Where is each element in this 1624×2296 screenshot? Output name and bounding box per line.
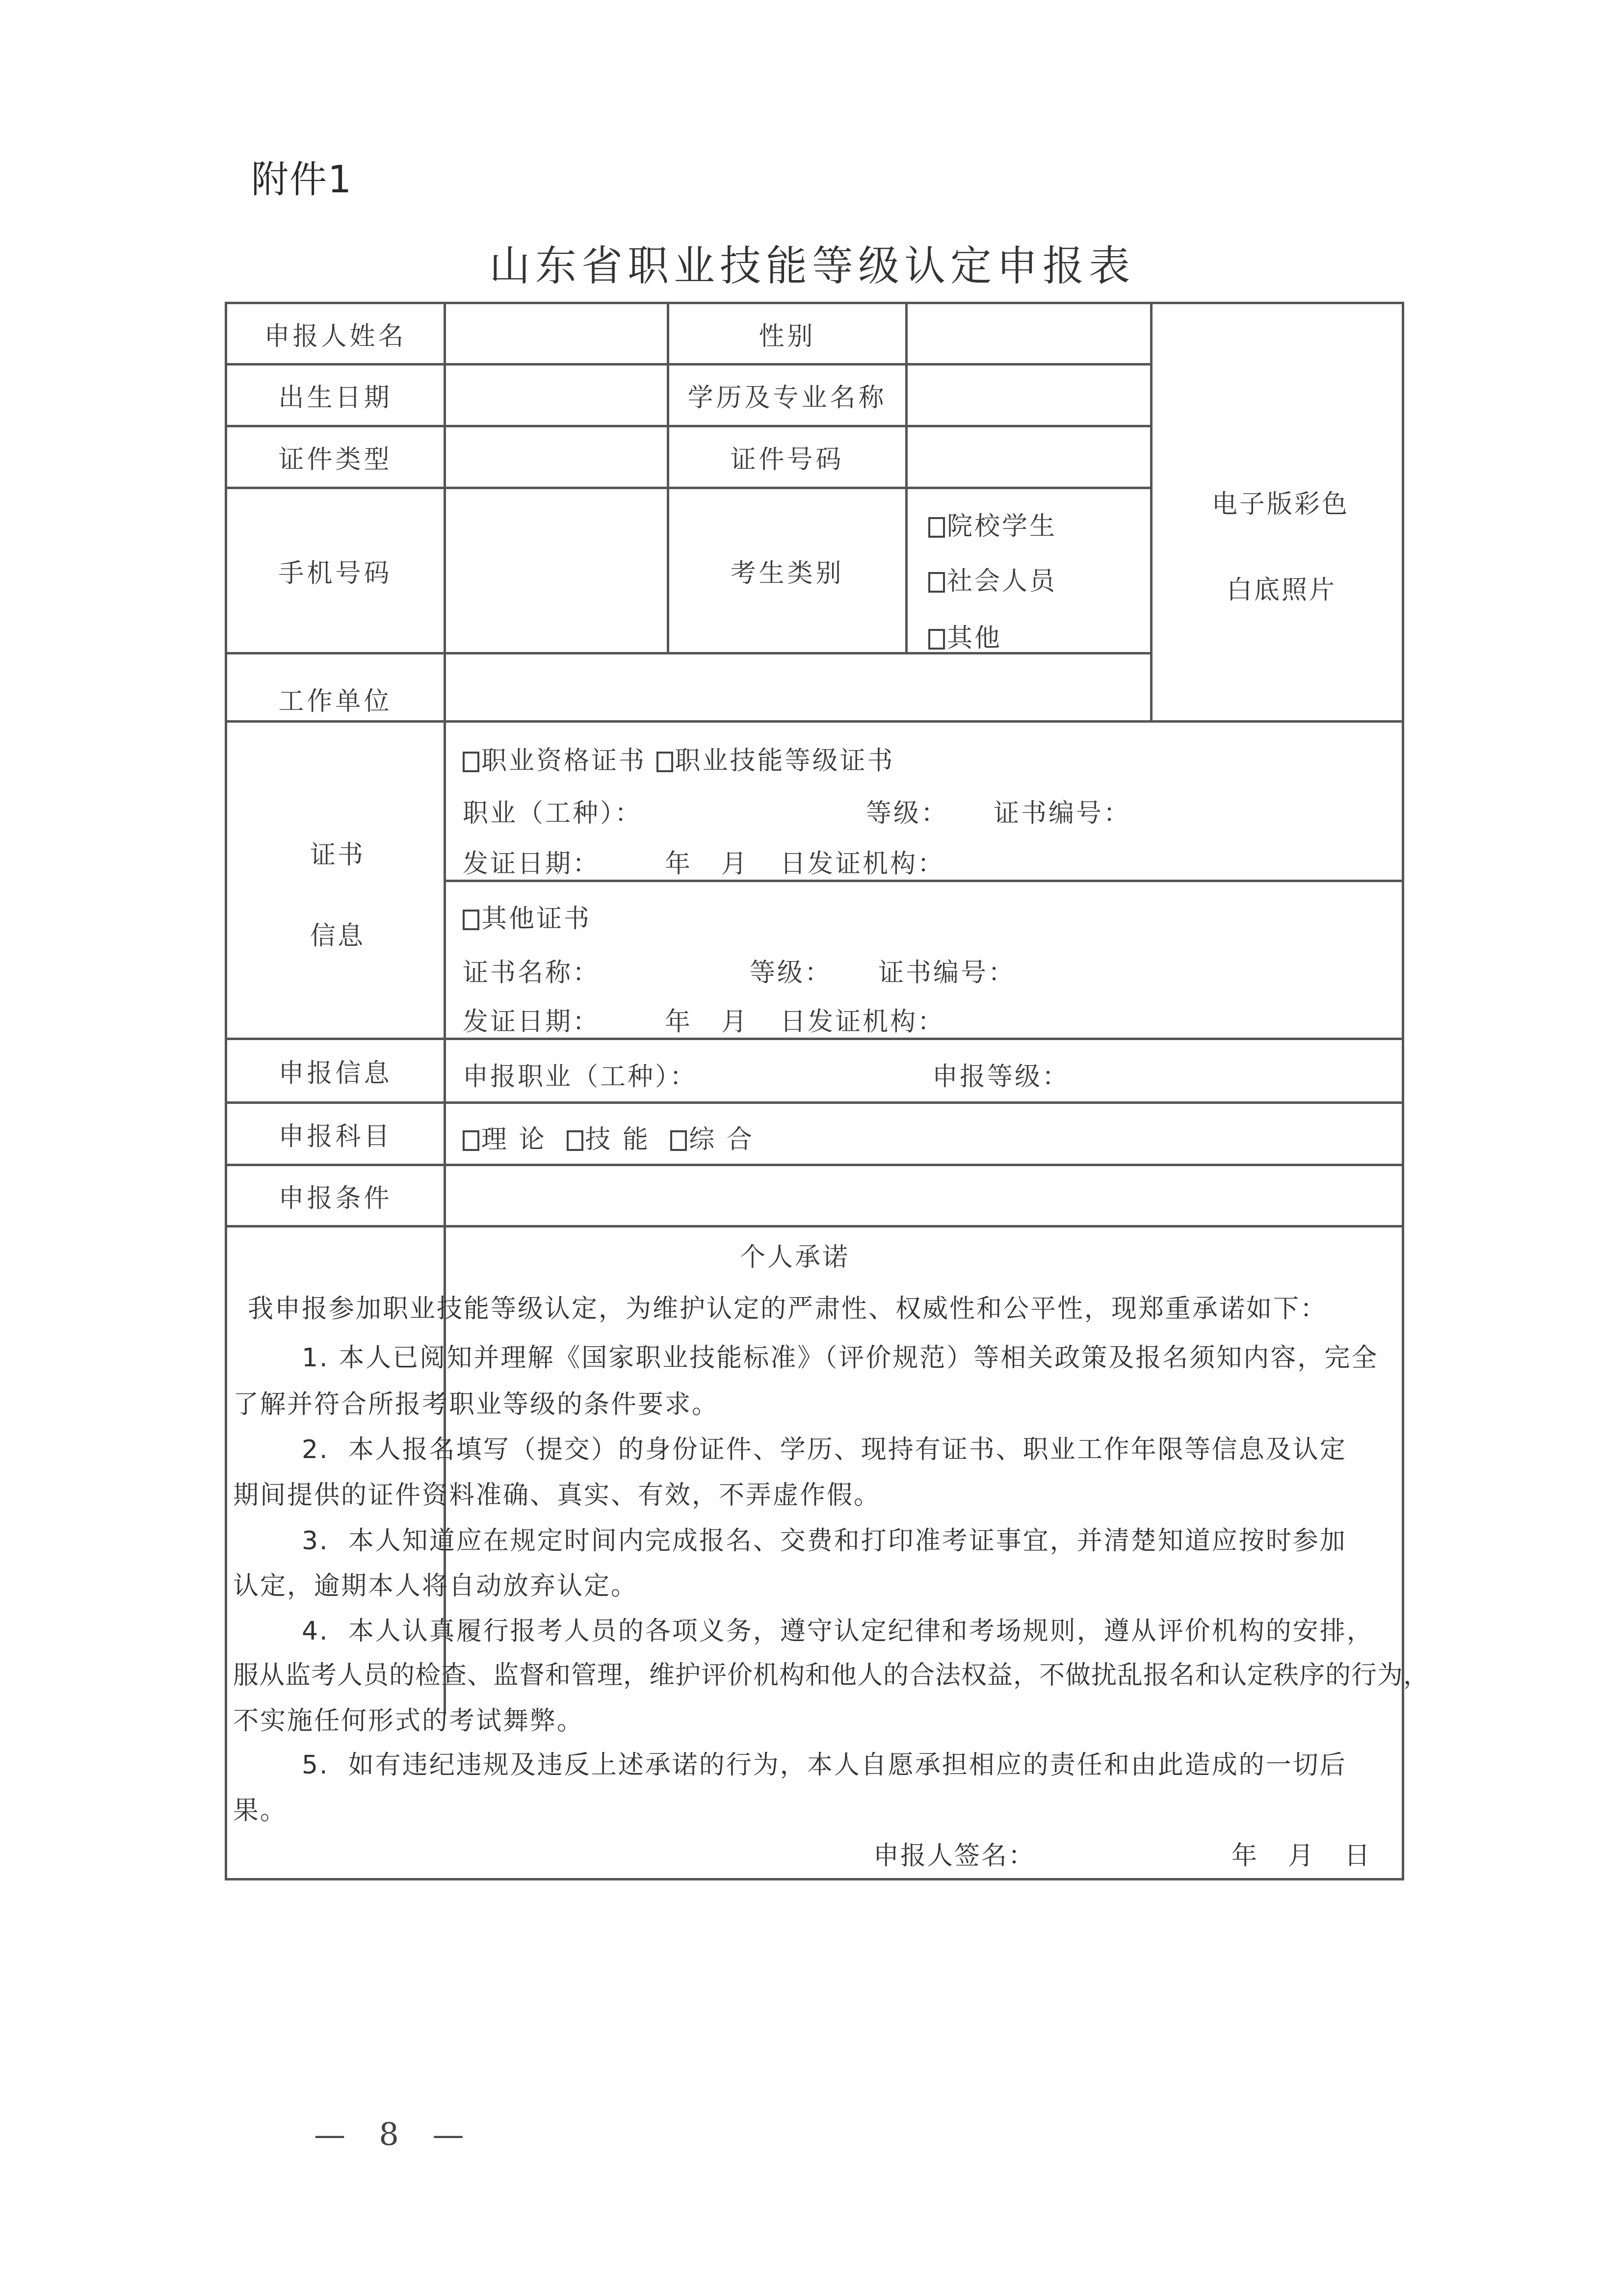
- page-number: — 8 —: [314, 2117, 475, 2153]
- gender-label: 性别: [669, 304, 905, 363]
- pledge-item-4-cont2: 不实施任何形式的考试舞弊。: [233, 1700, 584, 1737]
- gender-field[interactable]: [908, 304, 1150, 363]
- candidate-type-option[interactable]: 社会人员: [928, 560, 1057, 597]
- checkbox-icon[interactable]: [928, 517, 945, 538]
- id-type-label: 证件类型: [227, 427, 444, 487]
- certificate-info-label-1: 证书: [310, 834, 365, 871]
- apply-info-label: 申报信息: [227, 1040, 444, 1101]
- checkbox-icon[interactable]: [656, 752, 673, 772]
- signature-year: 年: [1231, 1835, 1258, 1872]
- candidate-type-option[interactable]: 其他: [928, 617, 1002, 654]
- cert-number-label: 证书编号：: [878, 952, 1016, 989]
- employer-label: 工作单位: [227, 654, 444, 720]
- signature-day: 日: [1344, 1835, 1371, 1872]
- pledge-item-5-cont: 果。: [233, 1790, 287, 1826]
- employer-field[interactable]: [446, 654, 1150, 720]
- other-cert-option[interactable]: 其他证书: [463, 898, 591, 935]
- page-title: 山东省职业技能等级认定申报表: [0, 233, 1624, 292]
- pledge-intro: 我申报参加职业技能等级认定，为维护认定的严肃性、权威性和公平性，现郑重承诺如下：: [248, 1288, 1327, 1325]
- education-field[interactable]: [908, 365, 1150, 425]
- phone-label: 手机号码: [227, 489, 444, 652]
- apply-condition-label: 申报条件: [227, 1166, 444, 1225]
- pledge-item-2: 2. 本人报名填写（提交）的身份证件、学历、现持有证书、职业工作年限等信息及认定: [302, 1429, 1347, 1465]
- pledge-item-1: 1. 本人已阅知并理解《国家职业技能标准》（评价规范）等相关政策及报名须知内容，…: [302, 1337, 1378, 1374]
- birth-date-field[interactable]: [446, 365, 667, 425]
- certificate-info-label-2: 信息: [310, 915, 365, 952]
- signature-month: 月: [1288, 1835, 1315, 1872]
- id-number-field[interactable]: [908, 427, 1150, 487]
- cert-number-label: 证书编号：: [994, 792, 1131, 829]
- issue-month: 月: [721, 843, 749, 880]
- checkbox-icon[interactable]: [567, 1130, 583, 1151]
- occupation-label: 职业（工种）：: [463, 792, 642, 829]
- candidate-type-label: 考生类别: [669, 489, 905, 652]
- issue-year: 年: [665, 843, 692, 880]
- pledge-item-4: 4. 本人认真履行报考人员的各项义务，遵守认定纪律和考场规则，遵从评价机构的安排…: [302, 1610, 1374, 1647]
- pledge-item-1-cont: 了解并符合所报考职业等级的条件要求。: [233, 1383, 719, 1420]
- pledge-item-4-cont: 服从监考人员的检查、监督和管理，维护评价机构和他人的合法权益，不做扰乱报名和认定…: [233, 1654, 1429, 1691]
- cert-type-options: 职业资格证书 职业技能等级证书: [463, 740, 895, 777]
- apply-level-label: 申报等级：: [932, 1056, 1070, 1093]
- issuer-label: 日发证机构：: [780, 1001, 945, 1038]
- issue-month: 月: [721, 1001, 749, 1038]
- apply-subject-label: 申报科目: [227, 1104, 444, 1164]
- checkbox-icon[interactable]: [670, 1130, 687, 1151]
- apply-occupation-label: 申报职业（工种）：: [463, 1056, 697, 1093]
- pledge-title: 个人承诺: [0, 1236, 1624, 1273]
- pledge-item-3-cont: 认定，逾期本人将自动放弃认定。: [233, 1565, 638, 1602]
- pledge-item-2-cont: 期间提供的证件资料准确、真实、有效，不弄虚作假。: [233, 1474, 881, 1511]
- pledge-item-3: 3. 本人知道应在规定时间内完成报名、交费和打印准考证事宜，并清楚知道应按时参加: [302, 1520, 1347, 1557]
- signature-label: 申报人签名：: [873, 1835, 1035, 1872]
- photo-hint-line2: 白底照片: [1227, 569, 1336, 606]
- id-type-field[interactable]: [446, 427, 667, 487]
- photo-hint-line1: 电子版彩色: [1212, 483, 1349, 520]
- checkbox-icon[interactable]: [463, 1130, 479, 1151]
- applicant-name-label: 申报人姓名: [227, 304, 444, 363]
- applicant-name-field[interactable]: [446, 304, 667, 363]
- subject-options: 理 论 技 能 综 合: [463, 1119, 754, 1155]
- checkbox-icon[interactable]: [928, 572, 945, 593]
- candidate-type-option[interactable]: 院校学生: [928, 505, 1057, 542]
- level-label: 等级：: [866, 792, 948, 829]
- checkbox-icon[interactable]: [463, 910, 479, 930]
- level-label: 等级：: [750, 952, 832, 989]
- issue-date-label: 发证日期：: [463, 1001, 600, 1038]
- birth-date-label: 出生日期: [227, 365, 444, 425]
- education-label: 学历及专业名称: [669, 365, 905, 425]
- issuer-label: 日发证机构：: [780, 843, 945, 880]
- checkbox-icon[interactable]: [928, 629, 945, 650]
- cert-name-label: 证书名称：: [463, 952, 600, 989]
- attachment-label: 附件1: [251, 150, 352, 203]
- id-number-label: 证件号码: [669, 427, 905, 487]
- pledge-item-5: 5. 如有违纪违规及违反上述承诺的行为，本人自愿承担相应的责任和由此造成的一切后: [302, 1744, 1347, 1781]
- issue-year: 年: [665, 1001, 692, 1038]
- phone-field[interactable]: [446, 489, 667, 652]
- apply-condition-field[interactable]: [446, 1166, 1402, 1225]
- checkbox-icon[interactable]: [463, 752, 479, 772]
- issue-date-label: 发证日期：: [463, 843, 600, 880]
